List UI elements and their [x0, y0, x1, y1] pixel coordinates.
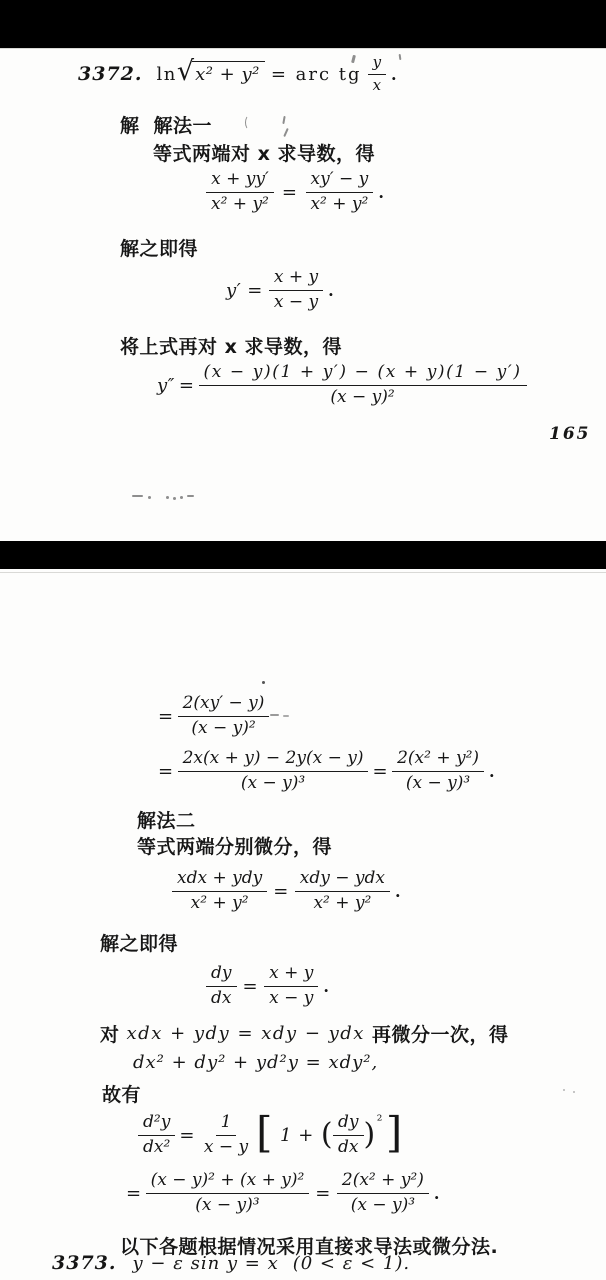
scan-speck — [245, 115, 254, 130]
fraction-denominator: (x − y)³ — [190, 1194, 264, 1216]
equals-sign: = — [243, 976, 259, 997]
y-double-prime: y″ — [157, 375, 175, 396]
scan-speck — [173, 497, 176, 500]
left-bracket: [ — [256, 1112, 273, 1154]
p2-step2-label: 解之即得 — [100, 929, 178, 956]
scan-speck — [573, 1091, 575, 1093]
problem-number: 3372. — [78, 63, 143, 85]
equation-5: = 2x(x + y) − 2y(x − y) (x − y)³ = 2(x² … — [154, 749, 495, 793]
p2-step1-label: 等式两端分别微分，得 — [137, 832, 332, 859]
equation-4: = 2(xy′ − y) (x − y)² — [154, 694, 269, 738]
equals-arctg: = arc tg — [271, 64, 362, 85]
fraction-numerator: (x − y)(1 + y′) − (x + y)(1 − y′) — [199, 363, 527, 386]
equals-sign: = — [158, 706, 174, 727]
exponent-2: ² — [377, 1113, 383, 1129]
fraction: 2(x² + y²) (x − y)³ — [392, 749, 484, 793]
fraction-denominator: x² + y² — [305, 193, 373, 215]
step3-text: 将上式再对 x 求导数，得 — [120, 332, 342, 359]
equation-7: dy dx = x + y x − y . — [206, 964, 329, 1008]
fraction-d2y-dx2: d²y dx² — [138, 1113, 175, 1157]
fraction-numerator: xdy − ydx — [295, 869, 390, 892]
radicand: x² + y² — [192, 61, 265, 85]
fraction-denominator: (x − y)³ — [236, 772, 310, 794]
p2-step1-text: 等式两端分别微分，得 — [137, 832, 332, 859]
fraction-numerator: 2(x² + y²) — [392, 749, 484, 772]
equation-8: dx² + dy² + yd²y = xdy², — [133, 1052, 378, 1073]
p2-step3-suffix: 再微分一次，得 — [372, 1020, 509, 1047]
scan-speck — [563, 1089, 565, 1091]
period: . — [391, 65, 397, 84]
y-prime: y′ — [226, 280, 241, 301]
fraction-numerator: x + y — [269, 268, 323, 291]
period: . — [323, 977, 329, 996]
step2-text: 解之即得 — [120, 234, 198, 261]
fraction-numerator: d²y — [138, 1113, 175, 1136]
problem-condition: (0 < ε < 1). — [293, 1253, 410, 1274]
fraction-denominator: (x − y)³ — [401, 772, 475, 794]
p2-step3-text: 对 xdx + ydy = xdy − ydx 再微分一次，得 — [100, 1020, 508, 1047]
scan-edge-line — [0, 572, 606, 573]
p2-step4-label: 故有 — [102, 1080, 141, 1107]
fraction-numerator: xy′ − y — [306, 170, 374, 193]
period: . — [434, 1184, 440, 1203]
fraction-numerator: (x − y)² + (x + y)² — [146, 1171, 310, 1194]
fraction: (x − y)(1 + y′) − (x + y)(1 − y′) (x − y… — [199, 363, 527, 407]
scan-speck — [283, 715, 289, 717]
step1-text: 等式两端对 x 求导数，得 — [153, 139, 375, 166]
fraction: x + y x − y — [264, 964, 318, 1008]
fraction-numerator: x + y — [264, 964, 318, 987]
fraction-numerator: 2x(x + y) − 2y(x − y) — [178, 749, 369, 772]
period: . — [489, 762, 495, 781]
fraction-denominator: dx — [206, 987, 236, 1009]
fraction-numerator: x + yy′ — [206, 170, 274, 193]
fraction-dy-dx: dy dx — [206, 964, 237, 1008]
equation-6: xdx + ydy x² + y² = xdy − ydx x² + y² . — [172, 869, 401, 913]
fraction-numerator: y — [368, 54, 386, 74]
solve-label: 解 — [120, 111, 140, 138]
fraction-numerator: xdx + ydy — [172, 869, 267, 892]
method1-label: 解法一 — [154, 111, 213, 138]
fraction-denominator: dx — [333, 1136, 363, 1158]
fraction: (x − y)² + (x + y)² (x − y)³ — [146, 1171, 310, 1215]
step1-label: 等式两端对 x 求导数，得 — [153, 139, 375, 166]
period: . — [378, 183, 384, 202]
fraction-numerator: dy — [206, 964, 237, 987]
fraction-numerator: dy — [333, 1113, 364, 1136]
fraction-denominator: (x − y)² — [325, 386, 399, 408]
method2-label: 解法二 — [137, 806, 196, 833]
scan-black-band-middle — [0, 541, 606, 569]
bracket-inner-text: 1 + — [280, 1125, 314, 1146]
fraction-lhs: x + yy′ x² + y² — [206, 170, 274, 214]
equals-sign: = — [126, 1183, 142, 1204]
fraction: x + y x − y — [269, 268, 323, 312]
fraction: 2(xy′ − y) (x − y)² — [178, 694, 270, 738]
scan-speck — [166, 496, 169, 499]
scan-speck — [187, 495, 194, 497]
left-paren: ( — [321, 1120, 333, 1150]
equals-sign: = — [372, 761, 388, 782]
p2-step3-prefix: 对 — [100, 1020, 120, 1047]
fraction-denominator: x — [368, 75, 386, 94]
fraction-denominator: x − y — [264, 987, 318, 1009]
scan-edge-line — [0, 48, 606, 49]
p2-step2-text: 解之即得 — [100, 929, 178, 956]
square-root: √ x² + y² — [177, 61, 265, 88]
equals-sign: = — [158, 761, 174, 782]
fraction-denominator: (x − y)³ — [346, 1194, 420, 1216]
fraction-denominator: x − y — [269, 291, 323, 313]
equals-sign: = — [315, 1183, 331, 1204]
p2-step4-text: 故有 — [102, 1080, 141, 1107]
scan-speck — [180, 496, 183, 499]
fraction-denominator: x − y — [199, 1136, 253, 1158]
fraction-denominator: x² + y² — [308, 892, 376, 914]
scan-black-band-top — [0, 0, 606, 48]
fraction-rhs: xy′ − y x² + y² — [305, 170, 373, 214]
fraction-lhs: xdx + ydy x² + y² — [172, 869, 267, 913]
radical-sign: √ — [177, 58, 194, 85]
right-paren: ) — [364, 1120, 376, 1150]
period: . — [328, 281, 334, 300]
scan-speck — [132, 495, 143, 497]
fraction-denominator: dx² — [138, 1136, 175, 1158]
equals-sign: = — [247, 280, 263, 301]
problem-number: 3373. — [52, 1252, 117, 1274]
fraction-denominator: (x − y)² — [186, 717, 260, 739]
fraction: 2(x² + y²) (x − y)³ — [337, 1171, 429, 1215]
fraction-y-over-x: y x — [368, 54, 386, 94]
step2-label: 解之即得 — [120, 234, 198, 261]
problem-3373-line: 3373. y − ε sin y = x (0 < ε < 1). — [52, 1252, 410, 1274]
fraction: 2x(x + y) − 2y(x − y) (x − y)³ — [178, 749, 369, 793]
scan-speck — [399, 54, 402, 60]
step3-label: 将上式再对 x 求导数，得 — [120, 332, 342, 359]
scan-speck — [262, 681, 265, 684]
page-number: 165 — [549, 424, 591, 444]
fraction-denominator: x² + y² — [186, 892, 254, 914]
equals-sign: = — [273, 881, 289, 902]
p2-step3-math: xdx + ydy = xdy − ydx — [127, 1023, 365, 1044]
fraction-numerator: 2(xy′ − y) — [178, 694, 270, 717]
method2-heading: 解法二 — [137, 806, 196, 833]
scanned-textbook-page: 3372. ln √ x² + y² = arc tg y x . 解 解法一 … — [0, 0, 606, 1280]
equals-sign: = — [179, 375, 195, 396]
fraction-numerator: 1 — [216, 1113, 237, 1136]
equation-9: d²y dx² = 1 x − y [ 1 + ( dy dx ) ² ] — [138, 1113, 403, 1157]
equation-10: = (x − y)² + (x + y)² (x − y)³ = 2(x² + … — [122, 1171, 439, 1215]
scan-speck — [283, 128, 288, 137]
scan-speck — [282, 116, 285, 124]
fraction-numerator: 2(x² + y²) — [337, 1171, 429, 1194]
solution-method1-heading: 解 解法一 — [120, 111, 212, 138]
equation-8-text: dx² + dy² + yd²y = xdy², — [133, 1052, 378, 1073]
period: . — [395, 882, 401, 901]
fraction-one-over: 1 x − y — [199, 1113, 253, 1157]
equals-sign: = — [179, 1125, 195, 1146]
fraction-rhs: xdy − ydx x² + y² — [295, 869, 390, 913]
fraction-dy-dx: dy dx — [333, 1113, 364, 1157]
fraction-denominator: x² + y² — [206, 193, 274, 215]
problem-3372-line: 3372. ln √ x² + y² = arc tg y x . — [78, 52, 397, 96]
equation-2: y′ = x + y x − y . — [226, 268, 334, 312]
scan-speck — [148, 496, 151, 499]
right-bracket: ] — [386, 1112, 403, 1154]
ln-symbol: ln — [157, 64, 177, 85]
equation-1: x + yy′ x² + y² = xy′ − y x² + y² . — [206, 170, 384, 214]
scan-speck — [270, 714, 279, 716]
problem-formula: y − ε sin y = x — [133, 1253, 279, 1274]
equals-sign: = — [282, 182, 298, 203]
equation-3: y″ = (x − y)(1 + y′) − (x + y)(1 − y′) (… — [157, 363, 527, 407]
